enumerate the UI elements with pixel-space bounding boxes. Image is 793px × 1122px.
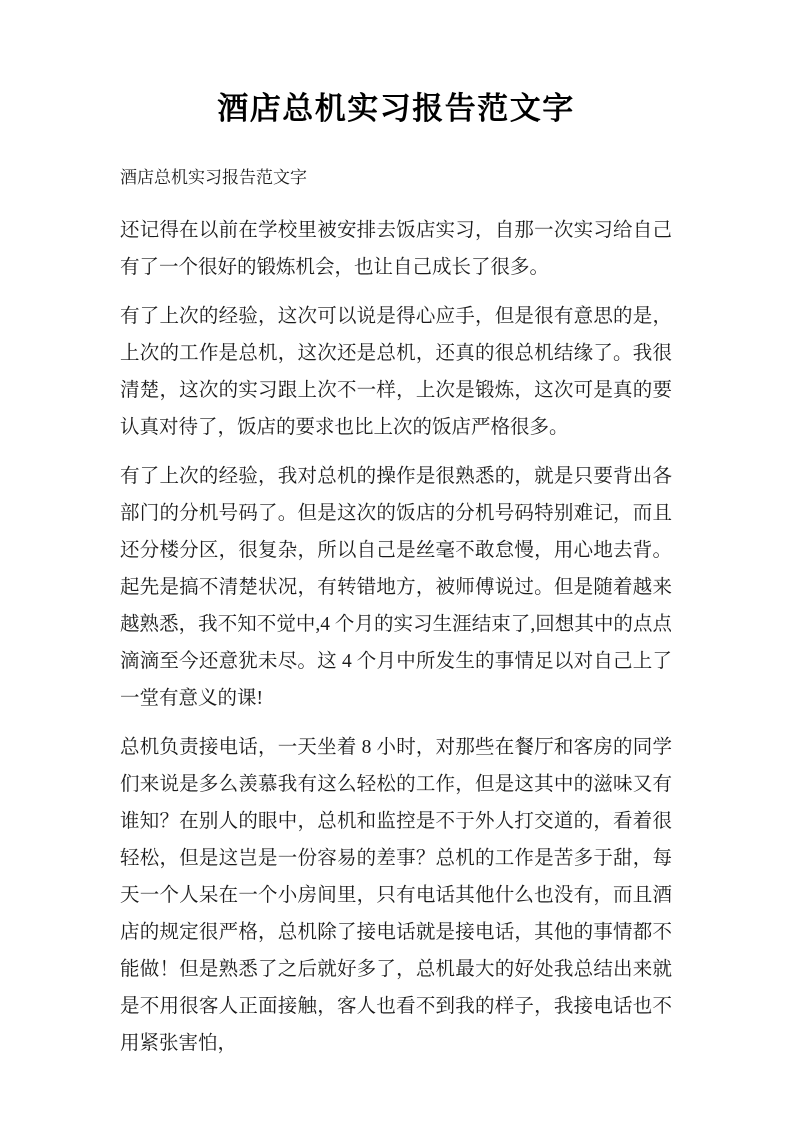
body-paragraph-3: 有了上次的经验，我对总机的操作是很熟悉的，就是只要背出各部门的分机号码了。但是这… <box>120 458 672 717</box>
body-paragraph-2: 有了上次的经验，这次可以说是得心应手，但是很有意思的是，上次的工作是总机，这次还… <box>120 298 672 446</box>
body-paragraph-4: 总机负责接电话，一天坐着 8 小时，对那些在餐厅和客房的同学们来说是多么羡慕我有… <box>120 729 672 1062</box>
document-subtitle: 酒店总机实习报告范文字 <box>120 166 672 190</box>
document-title: 酒店总机实习报告范文字 <box>120 88 672 130</box>
body-paragraph-1: 还记得在以前在学校里被安排去饭店实习，自那一次实习给自己有了一个很好的锻炼机会，… <box>120 212 672 286</box>
document-page: 酒店总机实习报告范文字 酒店总机实习报告范文字 还记得在以前在学校里被安排去饭店… <box>0 0 793 1122</box>
